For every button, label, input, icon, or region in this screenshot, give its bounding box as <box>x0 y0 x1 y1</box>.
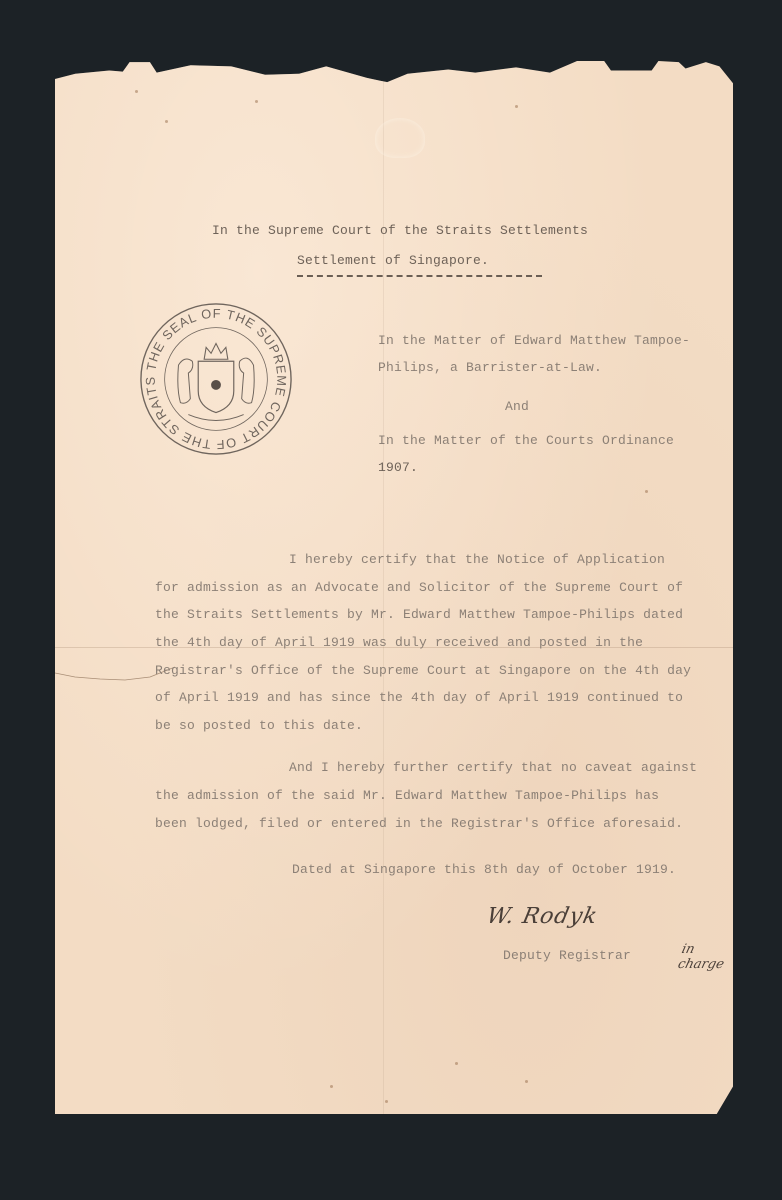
body-line: And I hereby further certify that no cav… <box>289 760 697 775</box>
body-line: the admission of the said Mr. Edward Mat… <box>155 788 659 803</box>
foxing-spot <box>515 105 518 108</box>
registrar-signature: W. Rodyk <box>484 904 600 929</box>
embossed-crest <box>375 118 425 158</box>
matter-line-3: In the Matter of the Courts Ordinance <box>378 433 674 448</box>
foxing-spot <box>385 1100 388 1103</box>
body-line: I hereby certify that the Notice of Appl… <box>289 552 665 567</box>
foxing-spot <box>645 490 648 493</box>
document-page: In the Supreme Court of the Straits Sett… <box>55 60 733 1115</box>
body-line: for admission as an Advocate and Solicit… <box>155 580 683 595</box>
foxing-spot <box>330 1085 333 1088</box>
foxing-spot <box>165 120 168 123</box>
handwritten-in-charge: in charge <box>676 942 736 972</box>
matter-line-1: In the Matter of Edward Matthew Tampoe- <box>378 333 690 348</box>
foxing-spot <box>455 1062 458 1065</box>
foxing-spot <box>525 1080 528 1083</box>
foxing-spot <box>255 100 258 103</box>
heading-underline <box>297 275 542 277</box>
body-line: the Straits Settlements by Mr. Edward Ma… <box>155 607 683 622</box>
settlement-heading: Settlement of Singapore. <box>297 253 489 268</box>
matter-conjunction: And <box>505 399 529 414</box>
dated-line: Dated at Singapore this 8th day of Octob… <box>292 862 676 877</box>
body-line: be so posted to this date. <box>155 718 363 733</box>
body-line: been lodged, filed or entered in the Reg… <box>155 816 683 831</box>
matter-line-4: 1907. <box>378 460 418 475</box>
court-seal-icon: THE SEAL OF THE SUPREME COURT OF THE STR… <box>137 300 295 458</box>
court-heading: In the Supreme Court of the Straits Sett… <box>212 223 588 238</box>
foxing-spot <box>135 90 138 93</box>
matter-line-2: Philips, a Barrister-at-Law. <box>378 360 602 375</box>
body-line: of April 1919 and has since the 4th day … <box>155 690 683 705</box>
body-line: Registrar's Office of the Supreme Court … <box>155 663 691 678</box>
signatory-title: Deputy Registrar <box>503 948 631 963</box>
body-line: the 4th day of April 1919 was duly recei… <box>155 635 643 650</box>
